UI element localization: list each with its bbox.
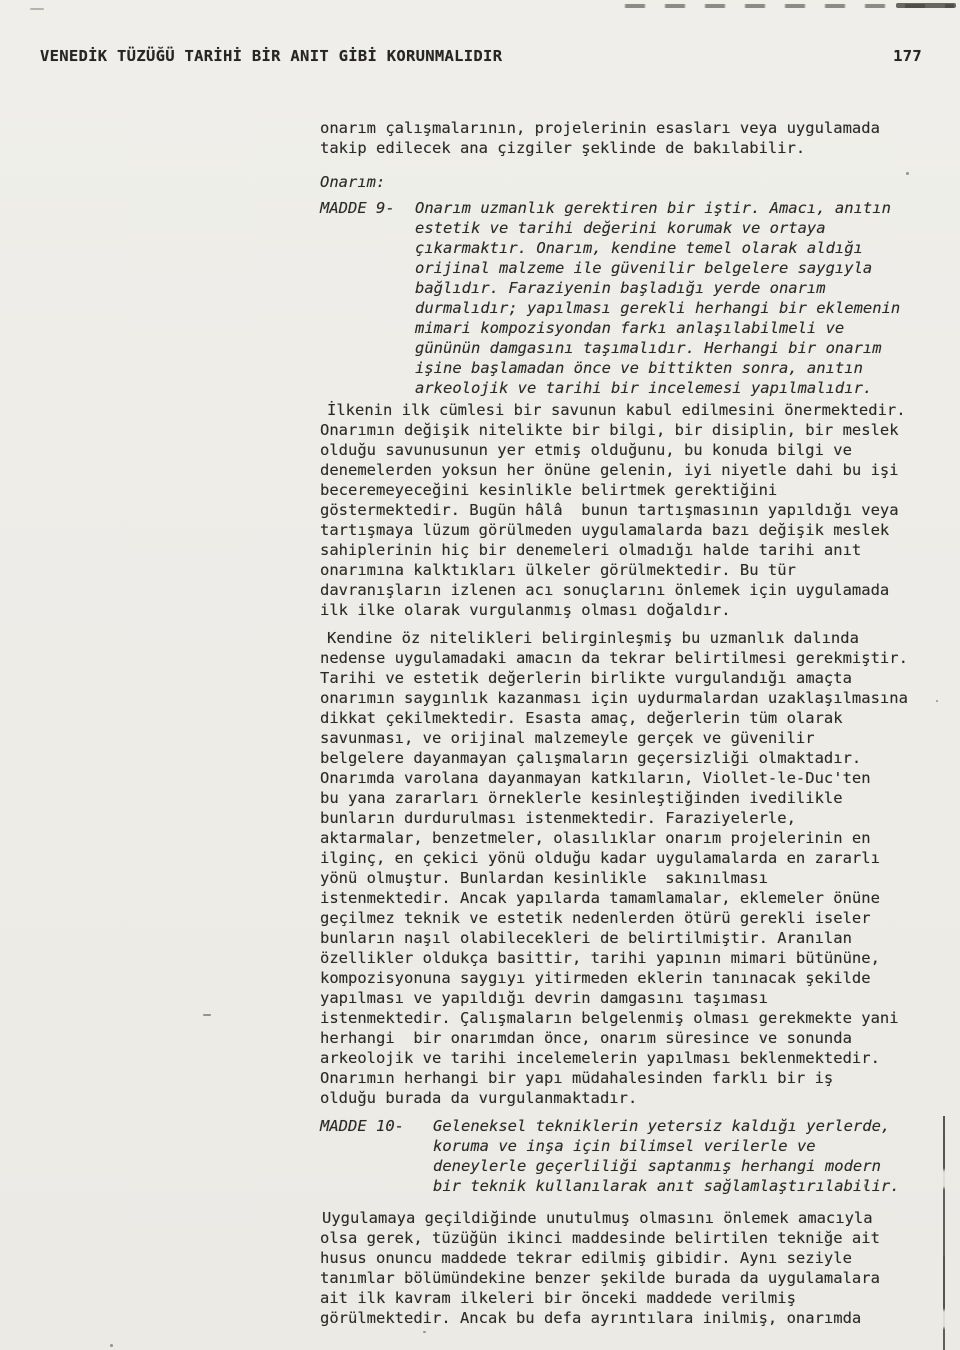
running-title: VENEDİK TÜZÜĞÜ TARİHİ BİR ANIT GİBİ KORU…	[40, 46, 502, 66]
commentary-paragraph-1: İlkenin ilk cümlesi bir savunun kabul ed…	[320, 400, 942, 620]
document-page: VENEDİK TÜZÜĞÜ TARİHİ BİR ANIT GİBİ KORU…	[0, 0, 960, 1350]
scanned-page-body: { "colors": { "paper": "#edece7", "ink":…	[0, 0, 960, 1350]
madde-9-text: Onarım uzmanlık gerektiren bir iştir. Am…	[415, 198, 942, 398]
scan-speck	[423, 1331, 426, 1333]
section-label-onarim: Onarım:	[320, 172, 942, 192]
scan-artifact-top-smudge-end	[896, 3, 956, 8]
text-column: onarım çalışmalarının, projelerinin esas…	[320, 118, 942, 1328]
page-header: VENEDİK TÜZÜĞÜ TARİHİ BİR ANIT GİBİ KORU…	[0, 46, 960, 66]
closing-paragraph: Uygulamaya geçildiğinde unutulmuş olması…	[320, 1208, 942, 1328]
scan-speck	[864, 1184, 867, 1188]
commentary-paragraph-2: Kendine öz nitelikleri belirginleşmiş bu…	[320, 628, 942, 1108]
madde-10-block: MADDE 10- Geleneksel tekniklerin yetersi…	[320, 1116, 942, 1196]
scan-speck	[30, 8, 44, 10]
scan-speck	[906, 172, 909, 175]
intro-paragraph: onarım çalışmalarının, projelerinin esas…	[320, 118, 942, 158]
scan-speck	[936, 700, 938, 702]
madde-9-label: MADDE 9-	[320, 198, 415, 398]
madde-10-label: MADDE 10-	[320, 1116, 433, 1196]
scan-artifact-right-margin-line	[943, 1116, 945, 1350]
scan-speck	[110, 1344, 113, 1347]
madde-9-block: MADDE 9- Onarım uzmanlık gerektiren bir …	[320, 198, 942, 398]
page-number: 177	[893, 46, 936, 66]
scan-speck	[203, 1014, 211, 1016]
